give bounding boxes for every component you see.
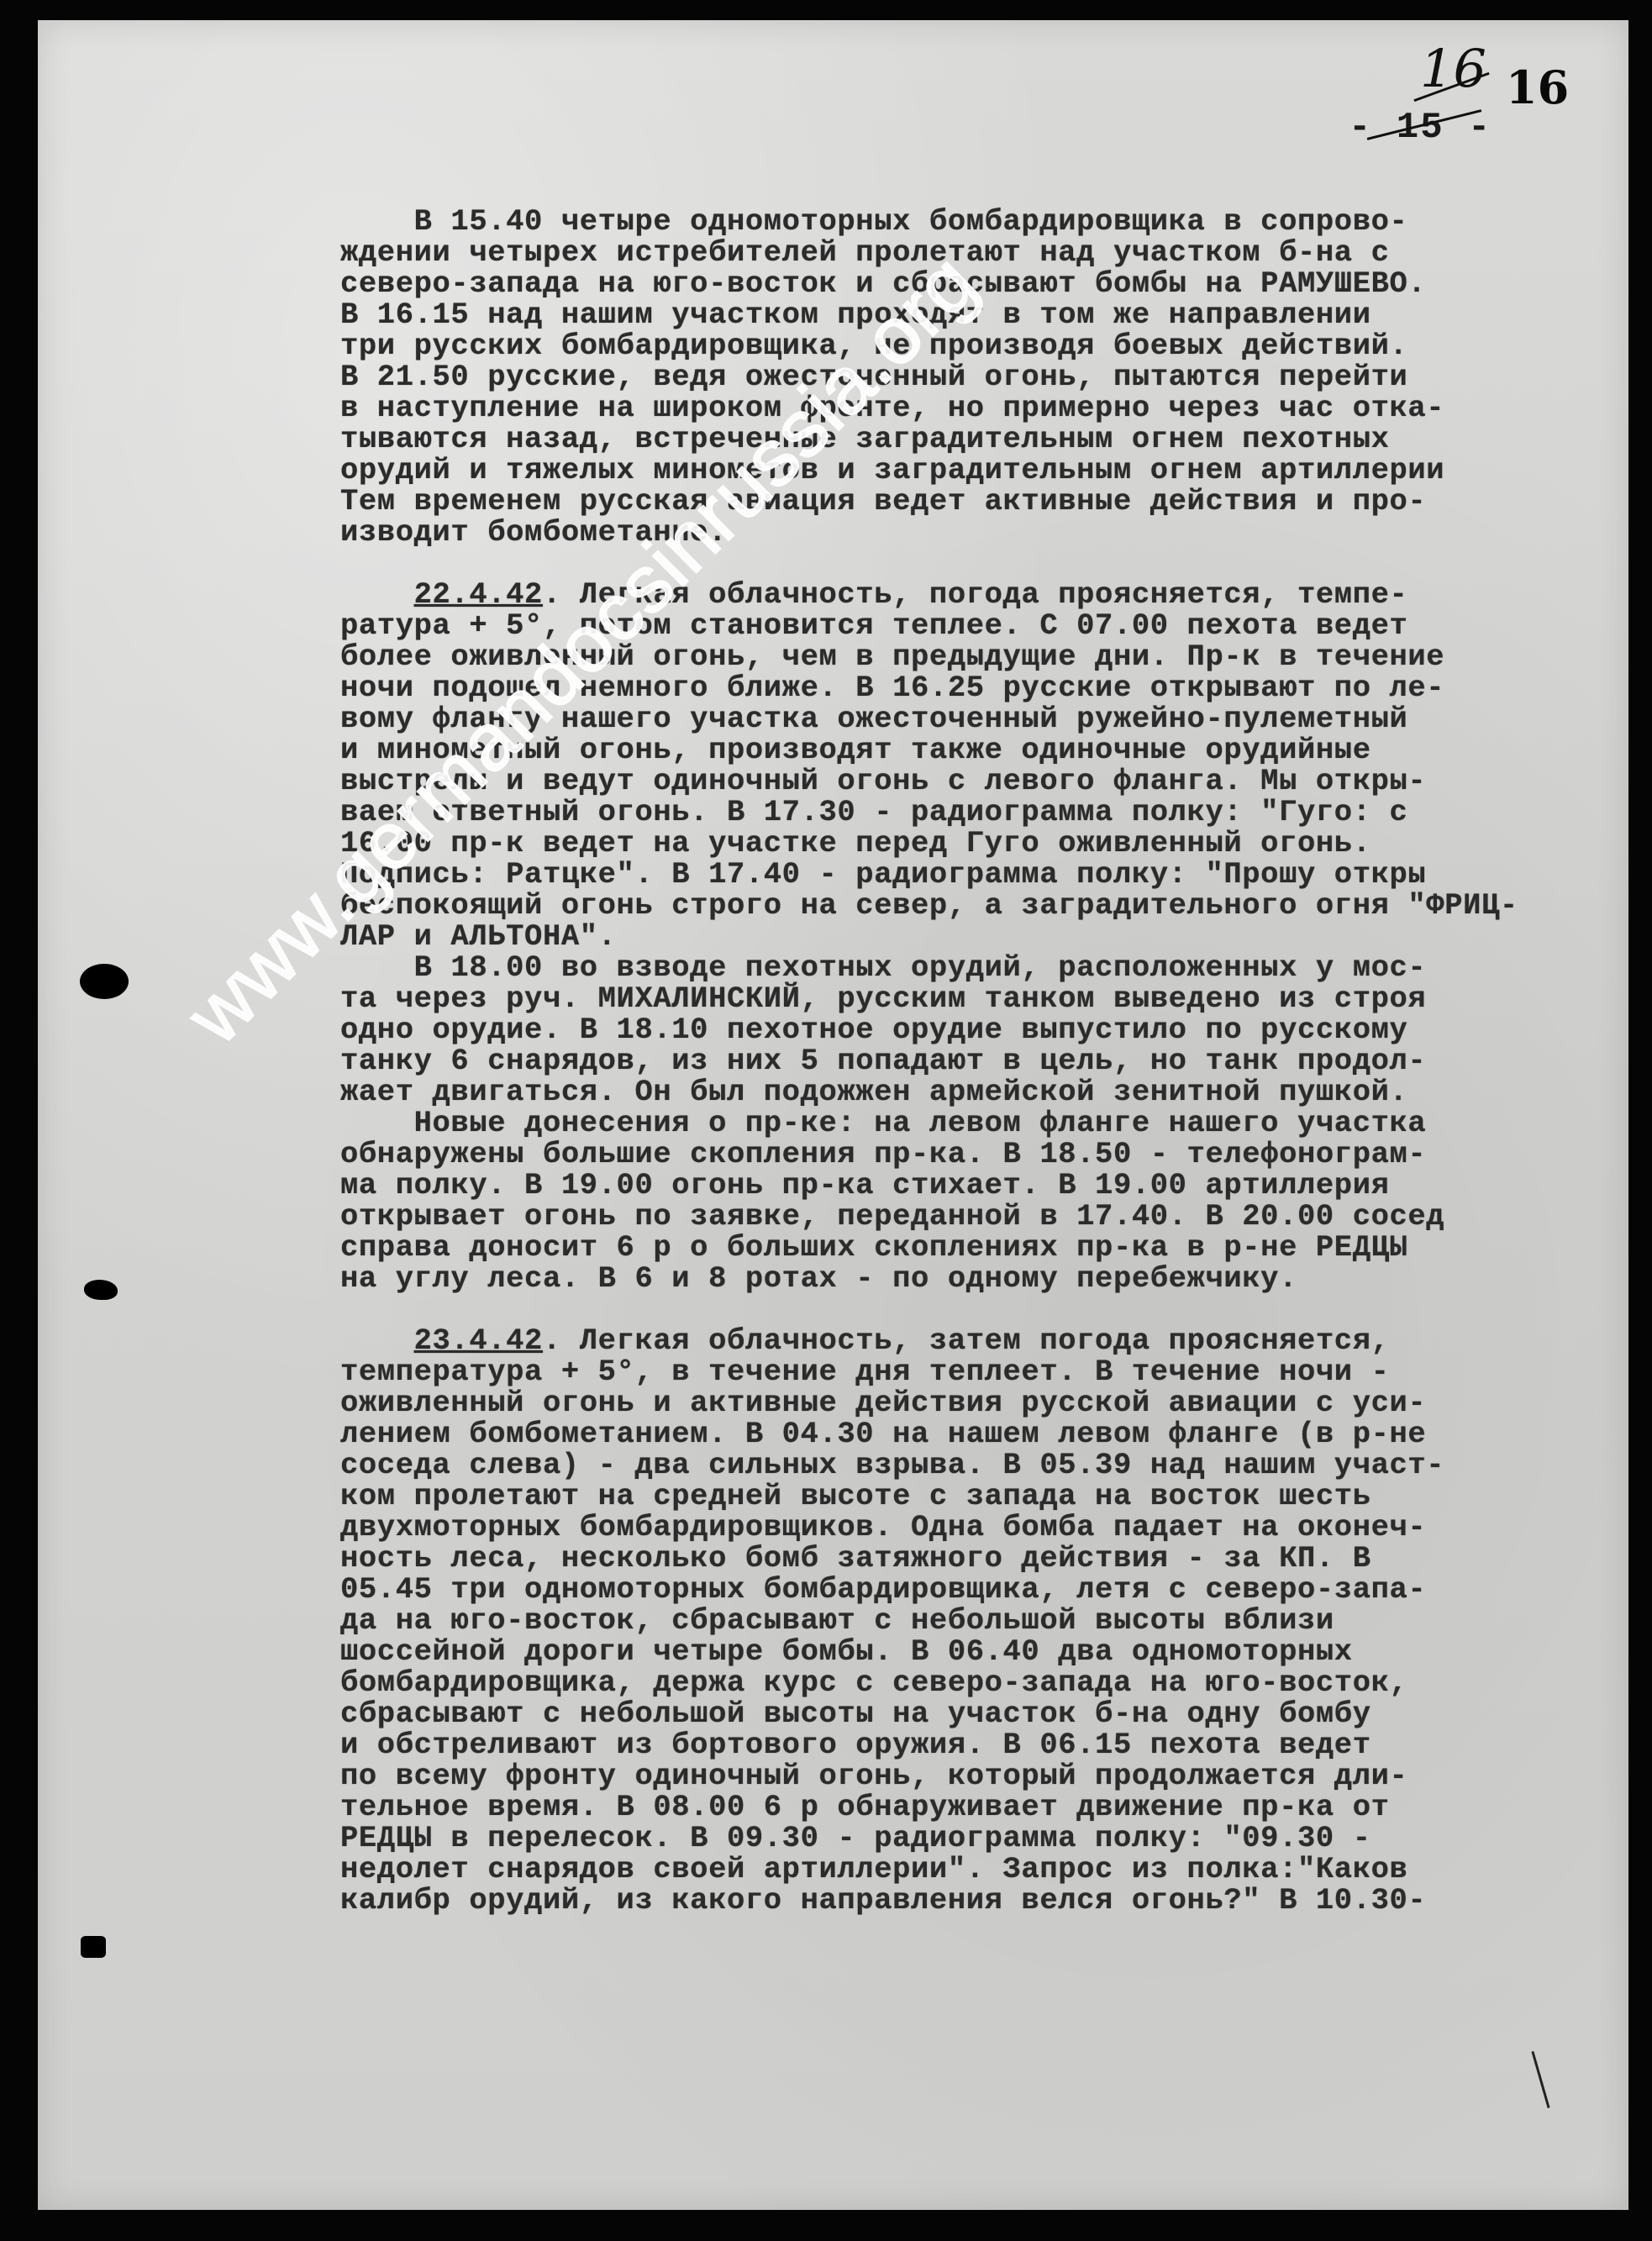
text-line: и обстреливают из бортового оружия. В 06… xyxy=(340,1729,1634,1760)
text-line: РЕДЦЫ в перелесок. В 09.30 - радиограмма… xyxy=(340,1823,1634,1854)
text-line: и минометный огонь, производят также оди… xyxy=(340,734,1634,765)
handwritten-page-number: 16 xyxy=(1420,38,1486,99)
text-line: танку 6 снарядов, из них 5 попадают в це… xyxy=(340,1045,1634,1076)
text-line: двухмоторных бомбардировщиков. Одна бомб… xyxy=(340,1512,1634,1543)
text-line: изводит бомбометание. xyxy=(340,517,1634,548)
text-line: В 16.15 над нашим участком проходят в то… xyxy=(340,299,1634,330)
text-line: оживленный огонь и активные действия рус… xyxy=(340,1387,1634,1418)
typewritten-body: В 15.40 четыре одномоторных бомбардировщ… xyxy=(340,206,1634,1916)
text-line: обнаружены большие скопления пр-ка. В 18… xyxy=(340,1139,1634,1170)
text-line: жает двигаться. Он был подожжен армейско… xyxy=(340,1076,1634,1107)
text-line: выстрелы и ведут одиночный огонь с левог… xyxy=(340,765,1634,797)
text-line: вому флангу нашего участка ожесточенный … xyxy=(340,703,1634,734)
text-line: та через руч. МИХАЛИНСКИЙ, русским танко… xyxy=(340,983,1634,1014)
text-line: северо-запада на юго-восток и сбрасывают… xyxy=(340,268,1634,299)
text-line: недолет снарядов своей артиллерии". Запр… xyxy=(340,1854,1634,1885)
text-line: соседа слева) - два сильных взрыва. В 05… xyxy=(340,1449,1634,1481)
paragraph-gap xyxy=(340,548,1634,579)
text-line: В 21.50 русские, ведя ожесточенный огонь… xyxy=(340,361,1634,392)
text-line: беспокоящий огонь строго на север, а заг… xyxy=(340,890,1634,921)
text-line: 22.4.42. Легкая облачность, погода прояс… xyxy=(340,579,1634,610)
text-line: ЛАР и АЛЬТОНА". xyxy=(340,921,1634,952)
text-line: ность леса, несколько бомб затяжного дей… xyxy=(340,1543,1634,1574)
text-line: справа доносит 6 р о больших скоплениях … xyxy=(340,1232,1634,1263)
text-line: шоссейной дороги четыре бомбы. В 06.40 д… xyxy=(340,1636,1634,1667)
text-line: ма полку. В 19.00 огонь пр-ка стихает. В… xyxy=(340,1170,1634,1201)
text-line: открывает огонь по заявке, переданной в … xyxy=(340,1201,1634,1232)
text-line: 16.00 пр-к ведет на участке перед Гуго о… xyxy=(340,828,1634,859)
text-line: одно орудие. В 18.10 пехотное орудие вып… xyxy=(340,1014,1634,1045)
text-line: тываются назад, встреченные заградительн… xyxy=(340,423,1634,455)
text-line: три русских бомбардировщика, не производ… xyxy=(340,330,1634,361)
text-line: в наступление на широком фронте, но прим… xyxy=(340,392,1634,423)
text-line: В 15.40 четыре одномоторных бомбардировщ… xyxy=(340,206,1634,237)
text-line: Тем временем русская авиация ведет актив… xyxy=(340,486,1634,517)
text-line: ратура + 5°, потом становится теплее. С … xyxy=(340,610,1634,641)
text-line: лением бомбометанием. В 04.30 на нашем л… xyxy=(340,1418,1634,1449)
text-line: 23.4.42. Легкая облачность, затем погода… xyxy=(340,1325,1634,1356)
text-line: Новые донесения о пр-ке: на левом фланге… xyxy=(340,1107,1634,1139)
text-line: сбрасывают с небольшой высоты на участок… xyxy=(340,1698,1634,1729)
punch-hole xyxy=(84,1280,118,1300)
text-line: по всему фронту одиночный огонь, который… xyxy=(340,1760,1634,1791)
text-line: да на юго-восток, сбрасывают с небольшой… xyxy=(340,1605,1634,1636)
paragraph-gap xyxy=(340,1294,1634,1325)
text-line: температура + 5°, в течение дня теплеет.… xyxy=(340,1356,1634,1387)
text-line: более оживленный огонь, чем в предыдущие… xyxy=(340,641,1634,672)
typed-page-number: - 15 - xyxy=(1349,107,1492,149)
punch-hole xyxy=(81,1936,106,1958)
text-line: 05.45 три одномоторных бомбардировщика, … xyxy=(340,1574,1634,1605)
entry-date: 23.4.42 xyxy=(414,1323,543,1358)
entry-date: 22.4.42 xyxy=(414,577,543,612)
text-line: тельное время. В 08.00 6 р обнаруживает … xyxy=(340,1791,1634,1823)
stamped-page-number: 16 xyxy=(1506,60,1569,114)
text-line: орудий и тяжелых минометов и заградитель… xyxy=(340,455,1634,486)
text-line: ком пролетают на средней высоте с запада… xyxy=(340,1481,1634,1512)
text-line: ваем ответный огонь. В 17.30 - радиограм… xyxy=(340,797,1634,828)
punch-hole xyxy=(80,964,129,999)
text-line: Подпись: Ратцке". В 17.40 - радиограмма … xyxy=(340,859,1634,890)
text-line: ночи подошел немного ближе. В 16.25 русс… xyxy=(340,672,1634,703)
text-line: на углу леса. В 6 и 8 ротах - по одному … xyxy=(340,1263,1634,1294)
text-line: бомбардировщика, держа курс с северо-зап… xyxy=(340,1667,1634,1698)
text-line: калибр орудий, из какого направления вел… xyxy=(340,1885,1634,1916)
text-line: ждении четырех истребителей пролетают на… xyxy=(340,237,1634,268)
text-line: В 18.00 во взводе пехотных орудий, распо… xyxy=(340,952,1634,983)
